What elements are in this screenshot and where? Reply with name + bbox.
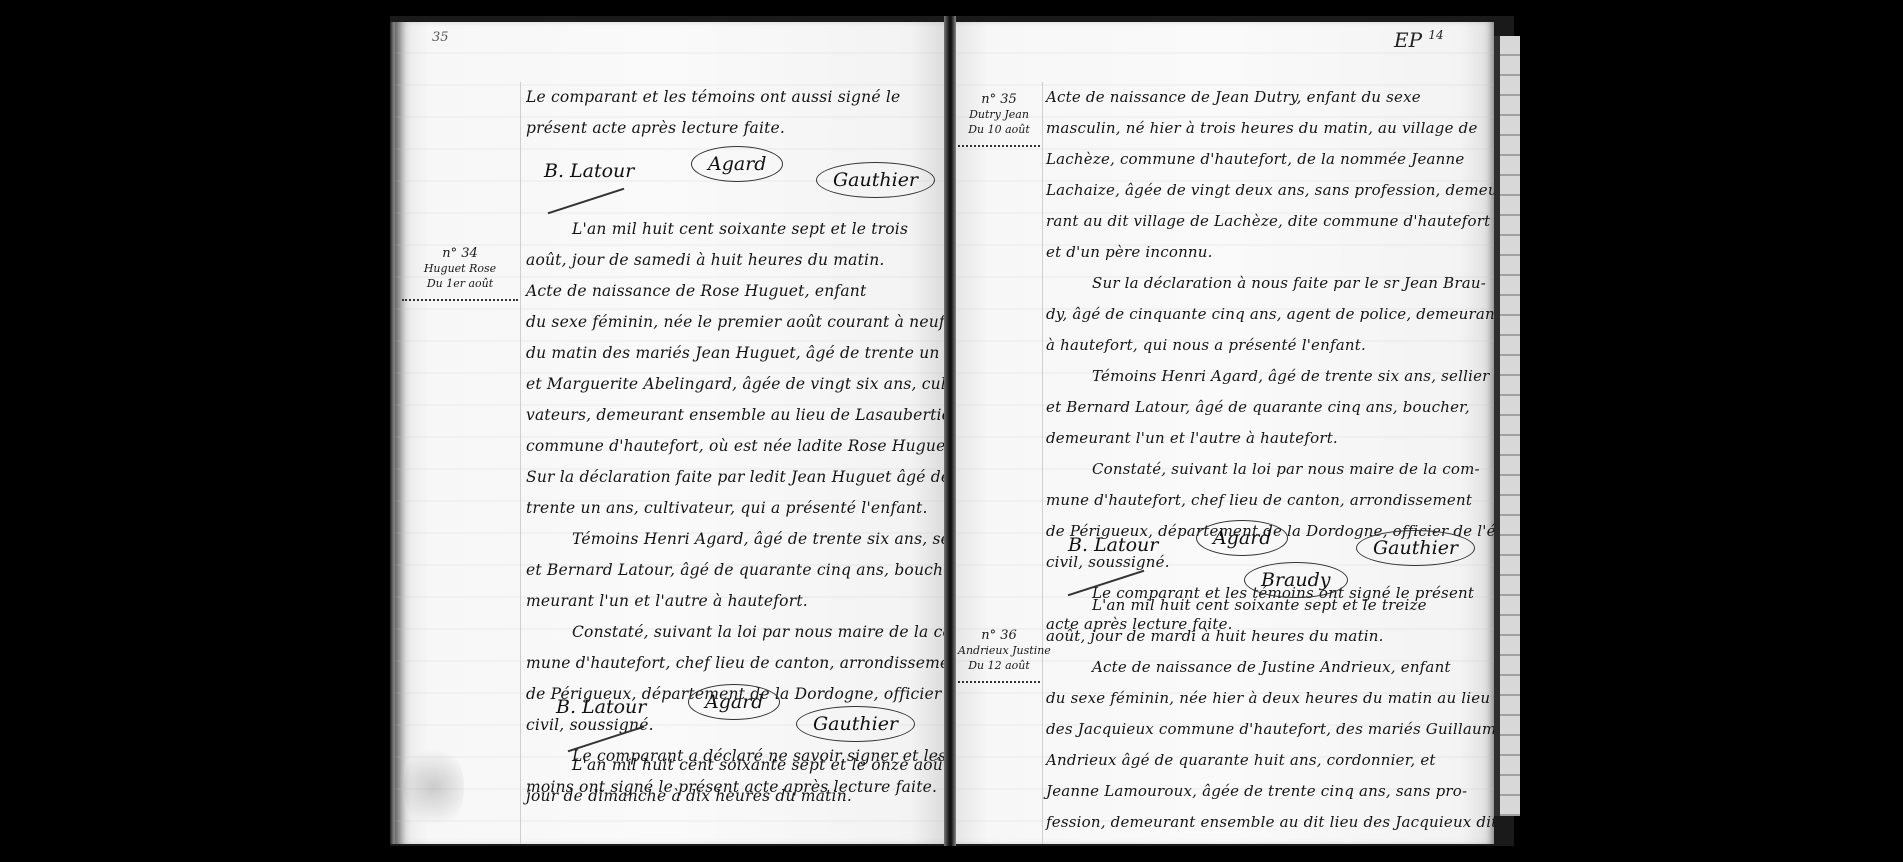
page-stack-edge [1494, 36, 1520, 816]
signature: Agard [691, 146, 783, 182]
book-gutter [944, 16, 956, 846]
folio-number: EP 14 [1394, 28, 1444, 52]
signature: Gauthier [796, 706, 915, 742]
signature: Agard [1196, 520, 1288, 556]
paper-stain [404, 742, 464, 832]
left-page: 35 Le comparant et les témoins ont aussi… [396, 22, 944, 844]
margin-note-entry-36: n° 36 Andrieux Justine Du 12 août [958, 628, 1040, 683]
margin-note-entry-35: n° 35 Dutry Jean Du 10 août [958, 92, 1040, 147]
entry-36-body: L'an mil huit cent soixante sept et le t… [1046, 590, 1494, 838]
right-page: EP 14 n° 35 Dutry Jean Du 10 août Acte d… [956, 22, 1494, 844]
margin-squiggle [958, 139, 1040, 147]
corner-mark: 35 [432, 30, 449, 45]
margin-squiggle [958, 675, 1040, 683]
closing-text-previous-entry: Le comparant et les témoins ont aussi si… [526, 82, 900, 144]
signature: Agard [688, 684, 780, 720]
signature: B. Latour [556, 696, 646, 718]
open-register-book: 35 Le comparant et les témoins ont aussi… [390, 16, 1514, 846]
entry-35-opening: L'an mil huit cent soixante sept et le o… [526, 750, 944, 812]
document-viewer: 35 Le comparant et les témoins ont aussi… [0, 0, 1903, 862]
margin-note-entry-34: n° 34 Huguet Rose Du 1er août [402, 246, 518, 301]
signature-flourish [548, 188, 625, 215]
signature-row: B. Latour Agard Gauthier [396, 684, 944, 744]
margin-squiggle [402, 293, 518, 301]
signature-row: B. Latour Agard Gauthier [396, 152, 944, 212]
signature: B. Latour [1068, 534, 1158, 556]
signature: B. Latour [544, 160, 634, 182]
margin-rule [1042, 82, 1043, 844]
signature: Gauthier [1356, 530, 1475, 566]
signature: Gauthier [816, 162, 935, 198]
